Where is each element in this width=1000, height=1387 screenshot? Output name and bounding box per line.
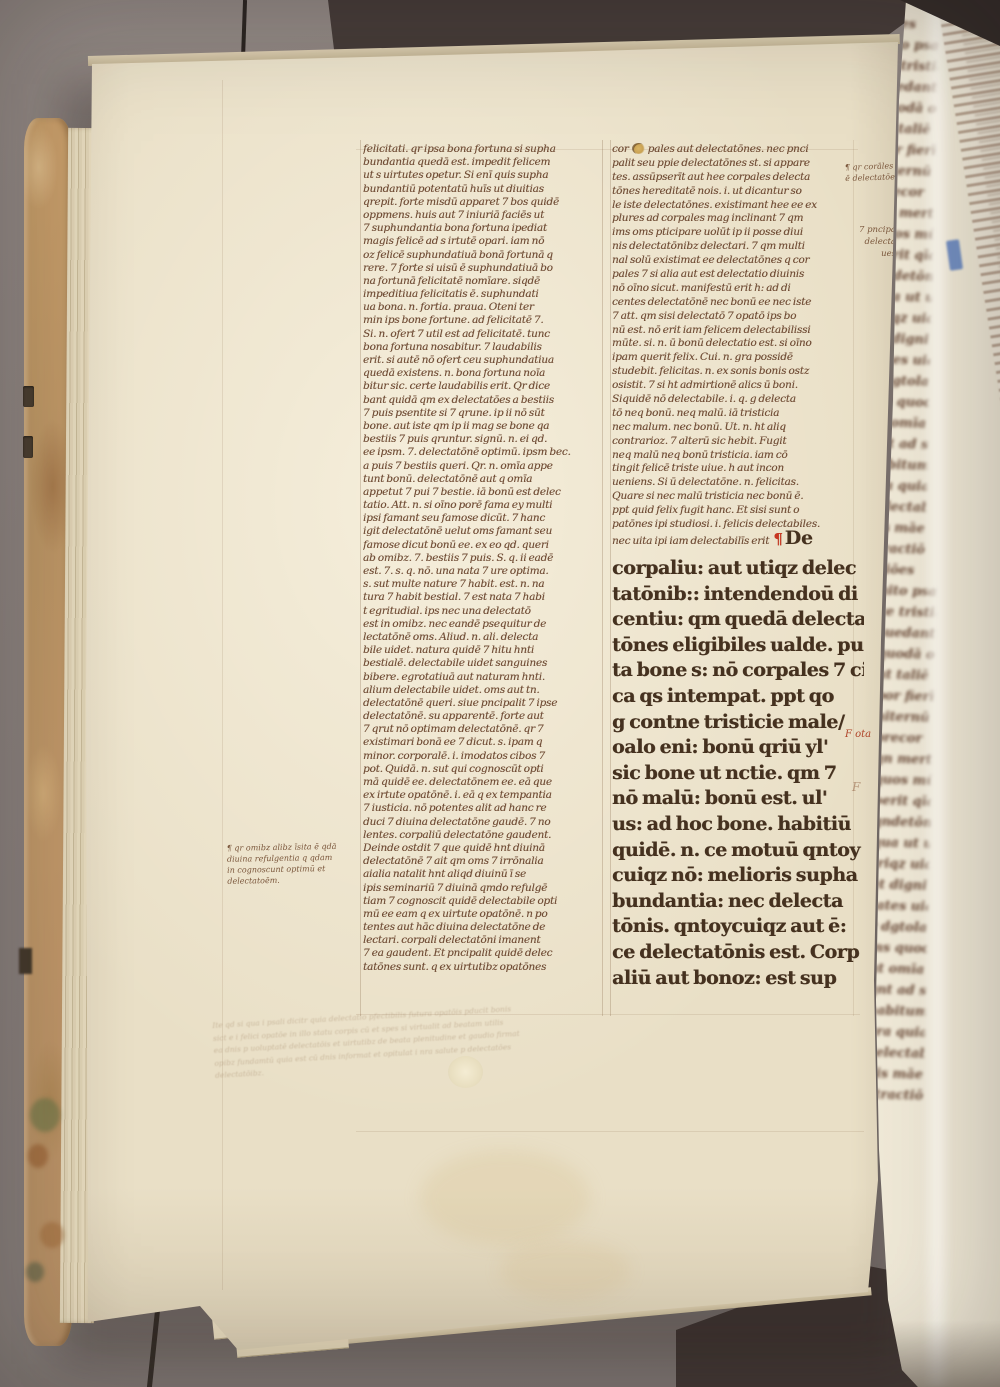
manuscript-line: ipis seminariū 7 diuinā qmdo refulgē [363,882,605,895]
manuscript-line: bona fortuna nosabitur. 7 laudabilis [363,341,605,354]
manuscript-line: tura 7 habit bestial. 7 est nata 7 habi [363,591,605,604]
manuscript-line: tatōnes sunt. q ex uirtutibz opatōnes [363,961,605,974]
manuscript-line: centes delectatōnē nec bonū ee nec iste [612,296,860,310]
ruling-line [360,140,361,1016]
manuscript-line: 7 puis psentite si 7 qrune. ip ii nō sūt [363,407,605,420]
manuscript-line: famose dicut bonū ee. ex eo qd. queri [363,539,605,552]
manuscript-line: ppt quid felix fugit hanc. Et sisi sunt … [612,504,860,518]
manuscript-line-large: tatōnib:: intendendoū di [612,582,864,608]
manuscript-line: pales 7 si alia aut est delectatio diuin… [612,268,860,282]
manuscript-line: ipam querit felix. Cui. n. gra possidē [612,351,860,365]
manuscript-line: ee ipsm. 7. delectatōnē optimū. ipsm bec… [363,446,605,459]
manuscript-line: le iste delectatōnes. existimant hee ee … [612,199,860,213]
manuscript-line: tunt bonū. delectatōnē aut q omīa [363,473,605,486]
text-column-left: felicitati. qr ipsa bona fortuna si suph… [363,143,605,979]
margin-note-line: ues [846,248,896,260]
ruling-line [356,1131,864,1132]
catchword: cor [612,143,629,155]
manuscript-line: nis delectatōnibz delectari. 7 qm multi [612,240,860,254]
manuscript-line: nū est. nō erit iam felicem delectabilis… [612,324,860,338]
manuscript-line: tatio. Att. n. si oīno porē fama ey mult… [363,499,605,512]
manuscript-line-large: tōnes eligibiles ualde. pu [612,633,864,659]
manuscript-line: ueniens. Si ū delectatōne. n. felicitas. [612,476,860,490]
manuscript-line: min ips bone fortune. ad felicitatē 7. [363,314,605,327]
manuscript-line-large: centiu: qm quedā delecta [612,607,864,633]
manuscript-line: tingit felicē triste uiue. h aut incon [612,462,860,476]
manuscript-line: 7 iusticia. nō potentes alit ad hanc re [363,802,605,815]
ruling-line [610,140,611,1016]
manuscript-line: minor. corporalē. i. imodatos cibos 7 [363,750,605,763]
edge-stain [28,1144,48,1168]
blurred-text-line: triqz uia [871,853,930,876]
blurred-text-line: et digni [871,874,930,897]
manuscript-line: bundantiū potentatū huīs ut diuitias [363,183,605,196]
manuscript-line: delectatōnē 7 ait qm oms 7 irrōnalia [363,855,605,868]
faint-margin-mark: F [852,780,860,794]
manuscript-line-text: pales aut delectatōnes. nec pnci [648,143,809,155]
margin-note-right-lower: 7 pncipadelectaues [846,224,896,260]
page-curl-highlight [922,0,952,1387]
manuscript-line: corpales aut delectatōnes. nec pnci [612,143,860,157]
margin-note-line: 7 pncipa [846,224,896,236]
manuscript-line: neq malū neq bonū tristicia. iam cō [612,449,860,463]
manuscript-line: 7 ea gaudent. Et pncipalit quidē delec [363,947,605,960]
parchment-repair-spot [448,1056,483,1088]
manuscript-line: 7 suphundantia bona fortuna ipediat [363,222,605,235]
rubric-paraph-icon: ¶ [773,530,782,548]
manuscript-line: bone. aut iste qm ip ii mag se bone qa [363,420,605,433]
manuscript-line: osistit. 7 si ht admirtionē alics ū boni… [612,379,860,393]
manuscript-line: qrepit. forte misdū apparet 7 bos quidē [363,196,605,209]
blurred-text-line: r dgtolai [869,916,928,939]
manuscript-line: Si. n. ofert 7 util est ad felicitatē. t… [363,328,605,341]
manuscript-line: erit. si autē nō ofert ceu suphundatiua [363,354,605,367]
rubric-margin-note: F ota [845,729,871,740]
blurred-text-line: ut omīa [868,958,927,981]
manuscript-line-large: tōnis. qntoycuiqz aut ē: [612,914,864,940]
text-column-right-large: corpaliu: aut utiqz delectatōnib:: inten… [612,556,864,994]
blurred-text-line: qnt ad se [868,979,927,1002]
manuscript-line-large: cuiqz nō: melioris supha [612,863,864,889]
manuscript-line-large: quidē. n. ce motuū qntoy [612,838,864,864]
manuscript-line: lentes. corpaliū delectatōne gaudent. [363,829,605,842]
manuscript-line: ut s uirtutes opetur. Si enī quis supha [363,169,605,182]
blurred-text-line: tates uia [870,895,929,918]
clasp-remnant-icon [23,386,34,407]
manuscript-line-large: nō malū: bonū est. ul' [612,786,864,812]
manuscript-line: mūte. si. n. ū bonū delectatio est. si o… [612,337,860,351]
ruling-line [222,80,223,1290]
manuscript-line: 7 qrut nō optimam delectatōnē. qr 7 [363,723,605,736]
manuscript-line: oppmens. huis aut 7 iniuriā faciēs ut [363,209,605,222]
manuscript-line: ex irtute opatōnē. i. eā q ex tempantia [363,789,605,802]
offset-text-faint: Ite qd si qua i psali dicitr quia delect… [212,998,615,1083]
manuscript-line: s. sut multe nature 7 habit. est. n. na [363,578,605,591]
manuscript-line: nō oīno sicut. manifestū erit h: ad di [612,282,860,296]
manuscript-photo-scene: felicitati. qr ipsa bona fortuna si suph… [0,0,1000,1387]
blurred-text-line: ms quod [869,937,928,960]
manuscript-line-large: ta bone s: nō corpales 7 cir [612,658,864,684]
manuscript-line-large: corpaliu: aut utiqz delec [612,556,864,582]
text-column-right-small: corpales aut delectatōnes. nec pnci pali… [612,143,860,553]
manuscript-line: impeditiua felicitatis ē. suphundati [363,288,605,301]
blue-initial-mark-icon [946,239,963,271]
manuscript-line: Siquidē nō delectabile. i. q. g delecta [612,393,860,407]
manuscript-line: nec malum. nec bonū. Ut. n. ht aliq [612,421,860,435]
margin-note-line: ē delectatōe [845,171,903,184]
manuscript-line-large: sic bone ut nctie. qm 7 [612,761,864,787]
manuscript-line: tōnes hereditatē nois. i. ut dicantur so [612,185,860,199]
manuscript-line: palit seu ppie delectatōnes st. si appar… [612,157,860,171]
manuscript-line: plures ad corpales mag inclinant 7 qm [612,212,860,226]
manuscript-line: a puis 7 bestiis queri. Qr. n. omīa appe [363,460,605,473]
manuscript-line: bestialē. delectabile uidet sanguines [363,657,605,670]
manuscript-line: tō neq bonū. neq malū. iā tristicia [612,407,860,421]
manuscript-line: bitur sic. certe laudabilis erit. Qr dic… [363,380,605,393]
page-stain [420,1150,590,1245]
manuscript-line: delectatōnē queri. siue pncipalit 7 ipse [363,697,605,710]
manuscript-line-large: g contne tristicie male/ [612,710,864,736]
edge-stain [26,1262,44,1282]
manuscript-line: bundantia quedā est. impedit felicem [363,156,605,169]
edge-stain [30,1098,60,1132]
manuscript-line: est in omibz. nec eandē psequitur de [363,618,605,631]
manuscript-line: magis felicē ad s irtutē opari. iam nō [363,235,605,248]
manuscript-line: existimari bonā ee 7 dicut. s. ipam q [363,736,605,749]
manuscript-line-large: oalo eni: bonū qriū yl' [612,735,864,761]
manuscript-line: igit delectatōnē uelut oms famant seu [363,525,605,538]
clasp-remnant-icon [23,436,33,458]
manuscript-line: bestiis 7 puis qruntur. signū. n. ei qd. [363,433,605,446]
small-script-lines: palit seu ppie delectatōnes st. si appar… [612,157,860,532]
manuscript-line-large: ca qs intempat. ppt qo [612,684,864,710]
manuscript-line: t egritudial. ips nec una delectatō [363,605,605,618]
manuscript-line: tiam 7 cognoscit quidē delectabile opti [363,895,605,908]
margin-note-right-upper: ¶ qr corālesē delectatōe [845,160,904,184]
manuscript-line: est. 7. s. q. nō. una nata 7 ure optima. [363,565,605,578]
manuscript-line: tentes aut hāc diuina delectatōne de [363,921,605,934]
manuscript-line: felicitati. qr ipsa bona fortuna si suph… [363,143,605,156]
large-initial-de: De [785,527,813,549]
manuscript-line: bant quidā qm ex delectatōes a bestiis [363,394,605,407]
initial-wash-mark-icon [632,143,645,154]
manuscript-line: tes. assūpserīt aut hee corpales delecta [612,171,860,185]
manuscript-line: delectatōnē. su apparentē. forte aut [363,710,605,723]
manuscript-line: alium delectabile uidet. oms aut tn. [363,684,605,697]
manuscript-line-large: bundantia: nec delecta [612,889,864,915]
manuscript-line: bile uidet. natura quidē 7 hitu hnti [363,644,605,657]
manuscript-line: ims oms pticipare uolūt ip ii posse diui [612,226,860,240]
manuscript-page: felicitati. qr ipsa bona fortuna si suph… [0,0,1000,1387]
manuscript-line: studebit. felicitas. n. ex sonis bonis o… [612,365,860,379]
manuscript-line: pot. Quidā. n. sut qui cognoscūt opti [363,763,605,776]
manuscript-line: lectatōnē oms. Aliud. n. ali. delecta [363,631,605,644]
margin-note-line: delectatoēm. [227,874,319,887]
manuscript-line: Deinde ostdit 7 que quidē hnt diuinā [363,842,605,855]
manuscript-line: mā quidē ee. delectatōnem ee. eā que [363,776,605,789]
manuscript-line: Quare si nec malū tristicia nec bonū ē. [612,490,860,504]
manuscript-line: duci 7 diuina delectatōne gaudē. 7 no [363,816,605,829]
manuscript-line: quedā existens. n. bona fortuna noīa [363,367,605,380]
manuscript-line: contrarioz. 7 alterū sic hebit. Fugit [612,435,860,449]
manuscript-line-large: aliū aut bonoz: est sup [612,966,864,992]
manuscript-line: 7 att. qm sisi delectatō 7 opatō ips bo [612,310,860,324]
manuscript-line-large: ce delectatōnis est. Corp [612,940,864,966]
manuscript-line: appetut 7 pui 7 bestie. iā bonū est dele… [363,486,605,499]
margin-note-line: delecta [846,236,896,248]
manuscript-line: ua bona. n. fortia. praua. Oteni ter [363,301,605,314]
margin-note-line: in cognoscunt optimū et [227,863,319,876]
margin-note-left: ¶ qr omibz alibz īsita ē qdādiuina reful… [227,841,320,887]
manuscript-line: na fortunā felicitatē nomīare. siqdē [363,275,605,288]
manuscript-line: nec uita ipi iam delectabilīs erit ¶De [612,532,860,546]
edge-stain [40,1222,64,1248]
clasp-remnant-icon [19,948,32,974]
manuscript-line: ipsi famant seu famose dicūt. 7 hanc [363,512,605,525]
manuscript-line: mū ee eam q ex uirtute opatōnē. n po [363,908,605,921]
manuscript-line: aialia natalit hnt aliqd diuinū ī se [363,868,605,881]
manuscript-line: bibere. egrotatiuā aut naturam hnti. [363,671,605,684]
manuscript-line: oz felicē suphundatiuā bonā fortunā q [363,249,605,262]
manuscript-line: rere. 7 forte si uisū ē suphundatiuā bo [363,262,605,275]
manuscript-line-large: us: ad hoc bone. habitiū [612,812,864,838]
manuscript-line: ab omibz. 7. bestiis 7 puis. S. q. ii ea… [363,552,605,565]
manuscript-line: lectari. corpali delectatōni imanent [363,934,605,947]
manuscript-line: nal solū existimat ee delectatōnes q cor [612,254,860,268]
manuscript-line: patōnes ipi studiosi. i. felicis delecta… [612,518,860,532]
page-stain [500,1240,630,1300]
manuscript-line-text: nec uita ipi iam delectabilīs erit [612,535,769,547]
